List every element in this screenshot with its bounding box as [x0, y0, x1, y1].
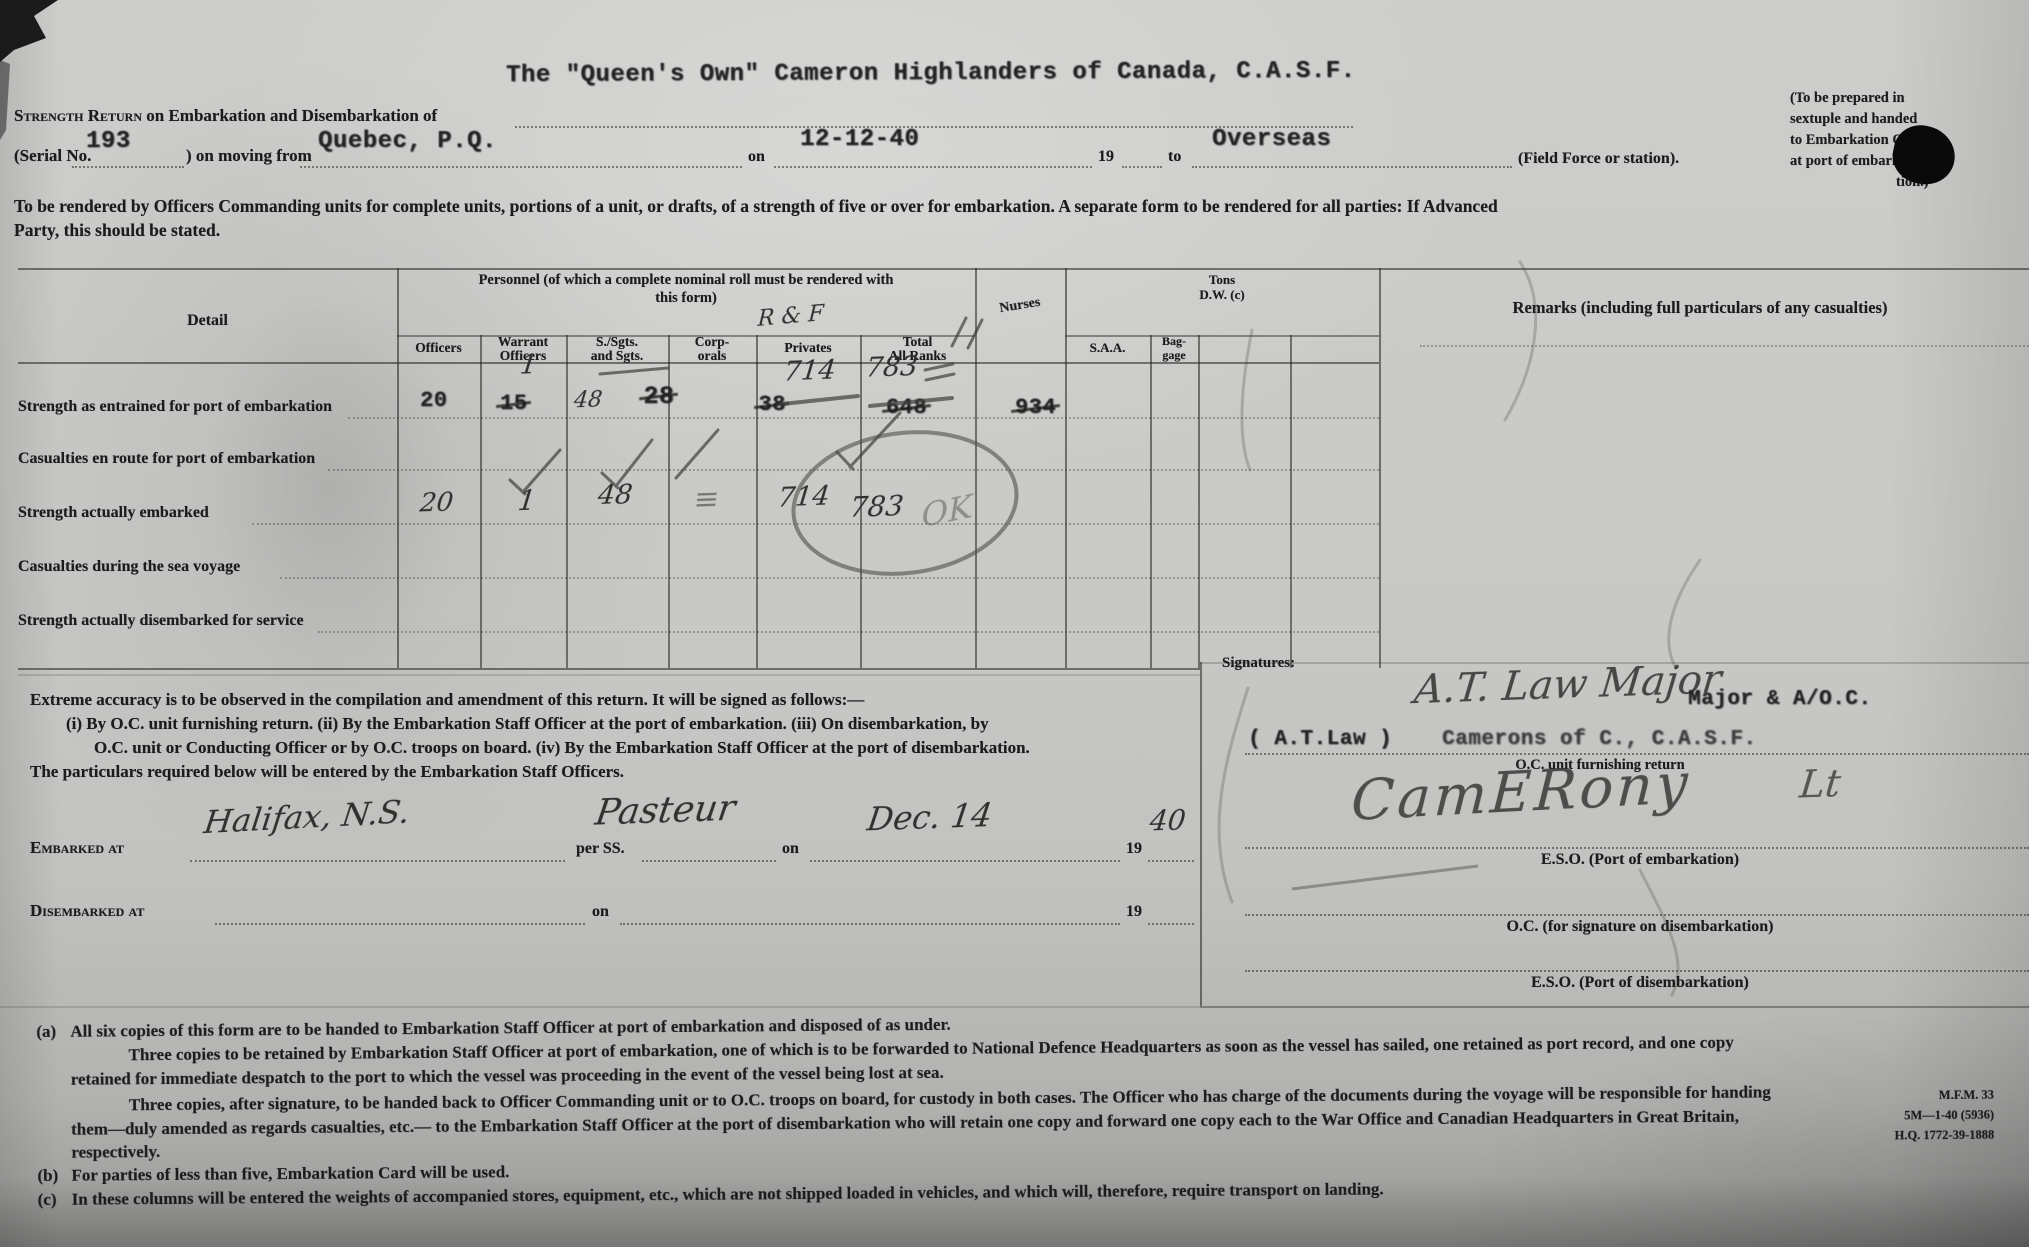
scan-smudge [200, 280, 460, 700]
scanned-strength-return-form: Strength Return on Embarkation and Disem… [0, 0, 2029, 1247]
scan-corner-shadow [1429, 987, 2029, 1247]
note-a-line6: respectively. [71, 1142, 160, 1163]
note-a-line1: All six copies of this form are to be ha… [70, 1015, 951, 1042]
note-a-line3: retained for immediate despatch to the p… [71, 1063, 944, 1090]
note-a-label: (a) [36, 1022, 56, 1042]
